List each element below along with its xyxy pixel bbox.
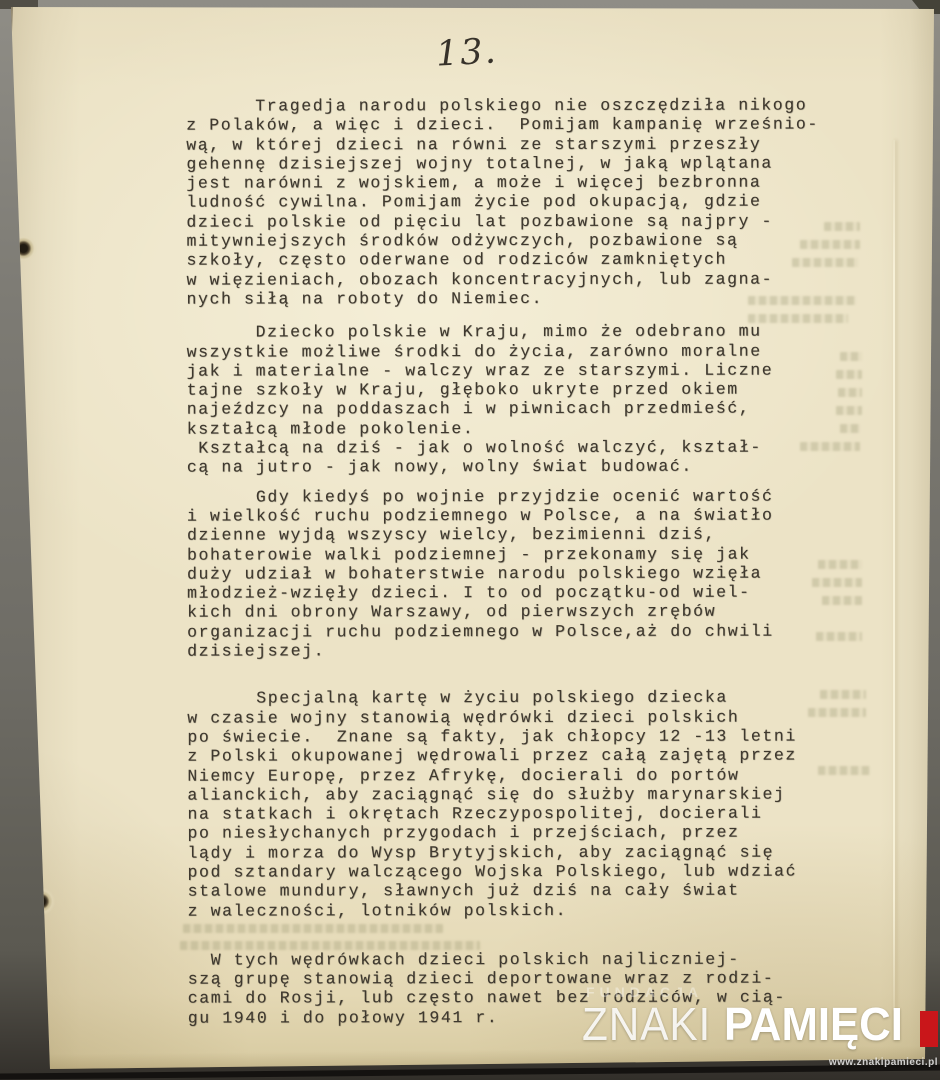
hole-punch-top: [10, 234, 38, 264]
watermark-brand: ZNAKI PAMIĘCI: [582, 1001, 938, 1047]
watermark-brand-bold: PAMIĘCI: [724, 1001, 903, 1047]
paragraph-tragedja: Tragedja narodu polskiego nie oszczędził…: [186, 95, 866, 308]
paper-sheet: 13. Tragedja narodu polskiego nie oszczę…: [0, 0, 940, 1080]
paper-crease: [893, 140, 895, 1030]
page-number: 13.: [435, 31, 499, 74]
watermark-url: www.znakipamieci.pl: [829, 1057, 938, 1068]
paper-left-edge: [0, 6, 13, 1071]
typed-text-block: Tragedja narodu polskiego nie oszczędził…: [186, 95, 868, 1027]
paragraph-gdy-kiedys: Gdy kiedyś po wojnie przyjdzie ocenić wa…: [187, 486, 867, 661]
watermark: FUNDACJA ZNAKI PAMIĘCI www.znakipamieci.…: [582, 984, 938, 1047]
hole-punch-bottom: [28, 887, 56, 917]
paragraph-dziecko-polskie: Dziecko polskie w Kraju, mimo że odebran…: [187, 322, 867, 478]
paragraph-specjalna-karta: Specjalną kartę w życiu polskiego dzieck…: [187, 688, 867, 921]
scanned-document-page: 13. Tragedja narodu polskiego nie oszczę…: [0, 0, 940, 1080]
watermark-red-square: [920, 1011, 938, 1047]
watermark-brand-light: ZNAKI: [582, 1001, 711, 1047]
